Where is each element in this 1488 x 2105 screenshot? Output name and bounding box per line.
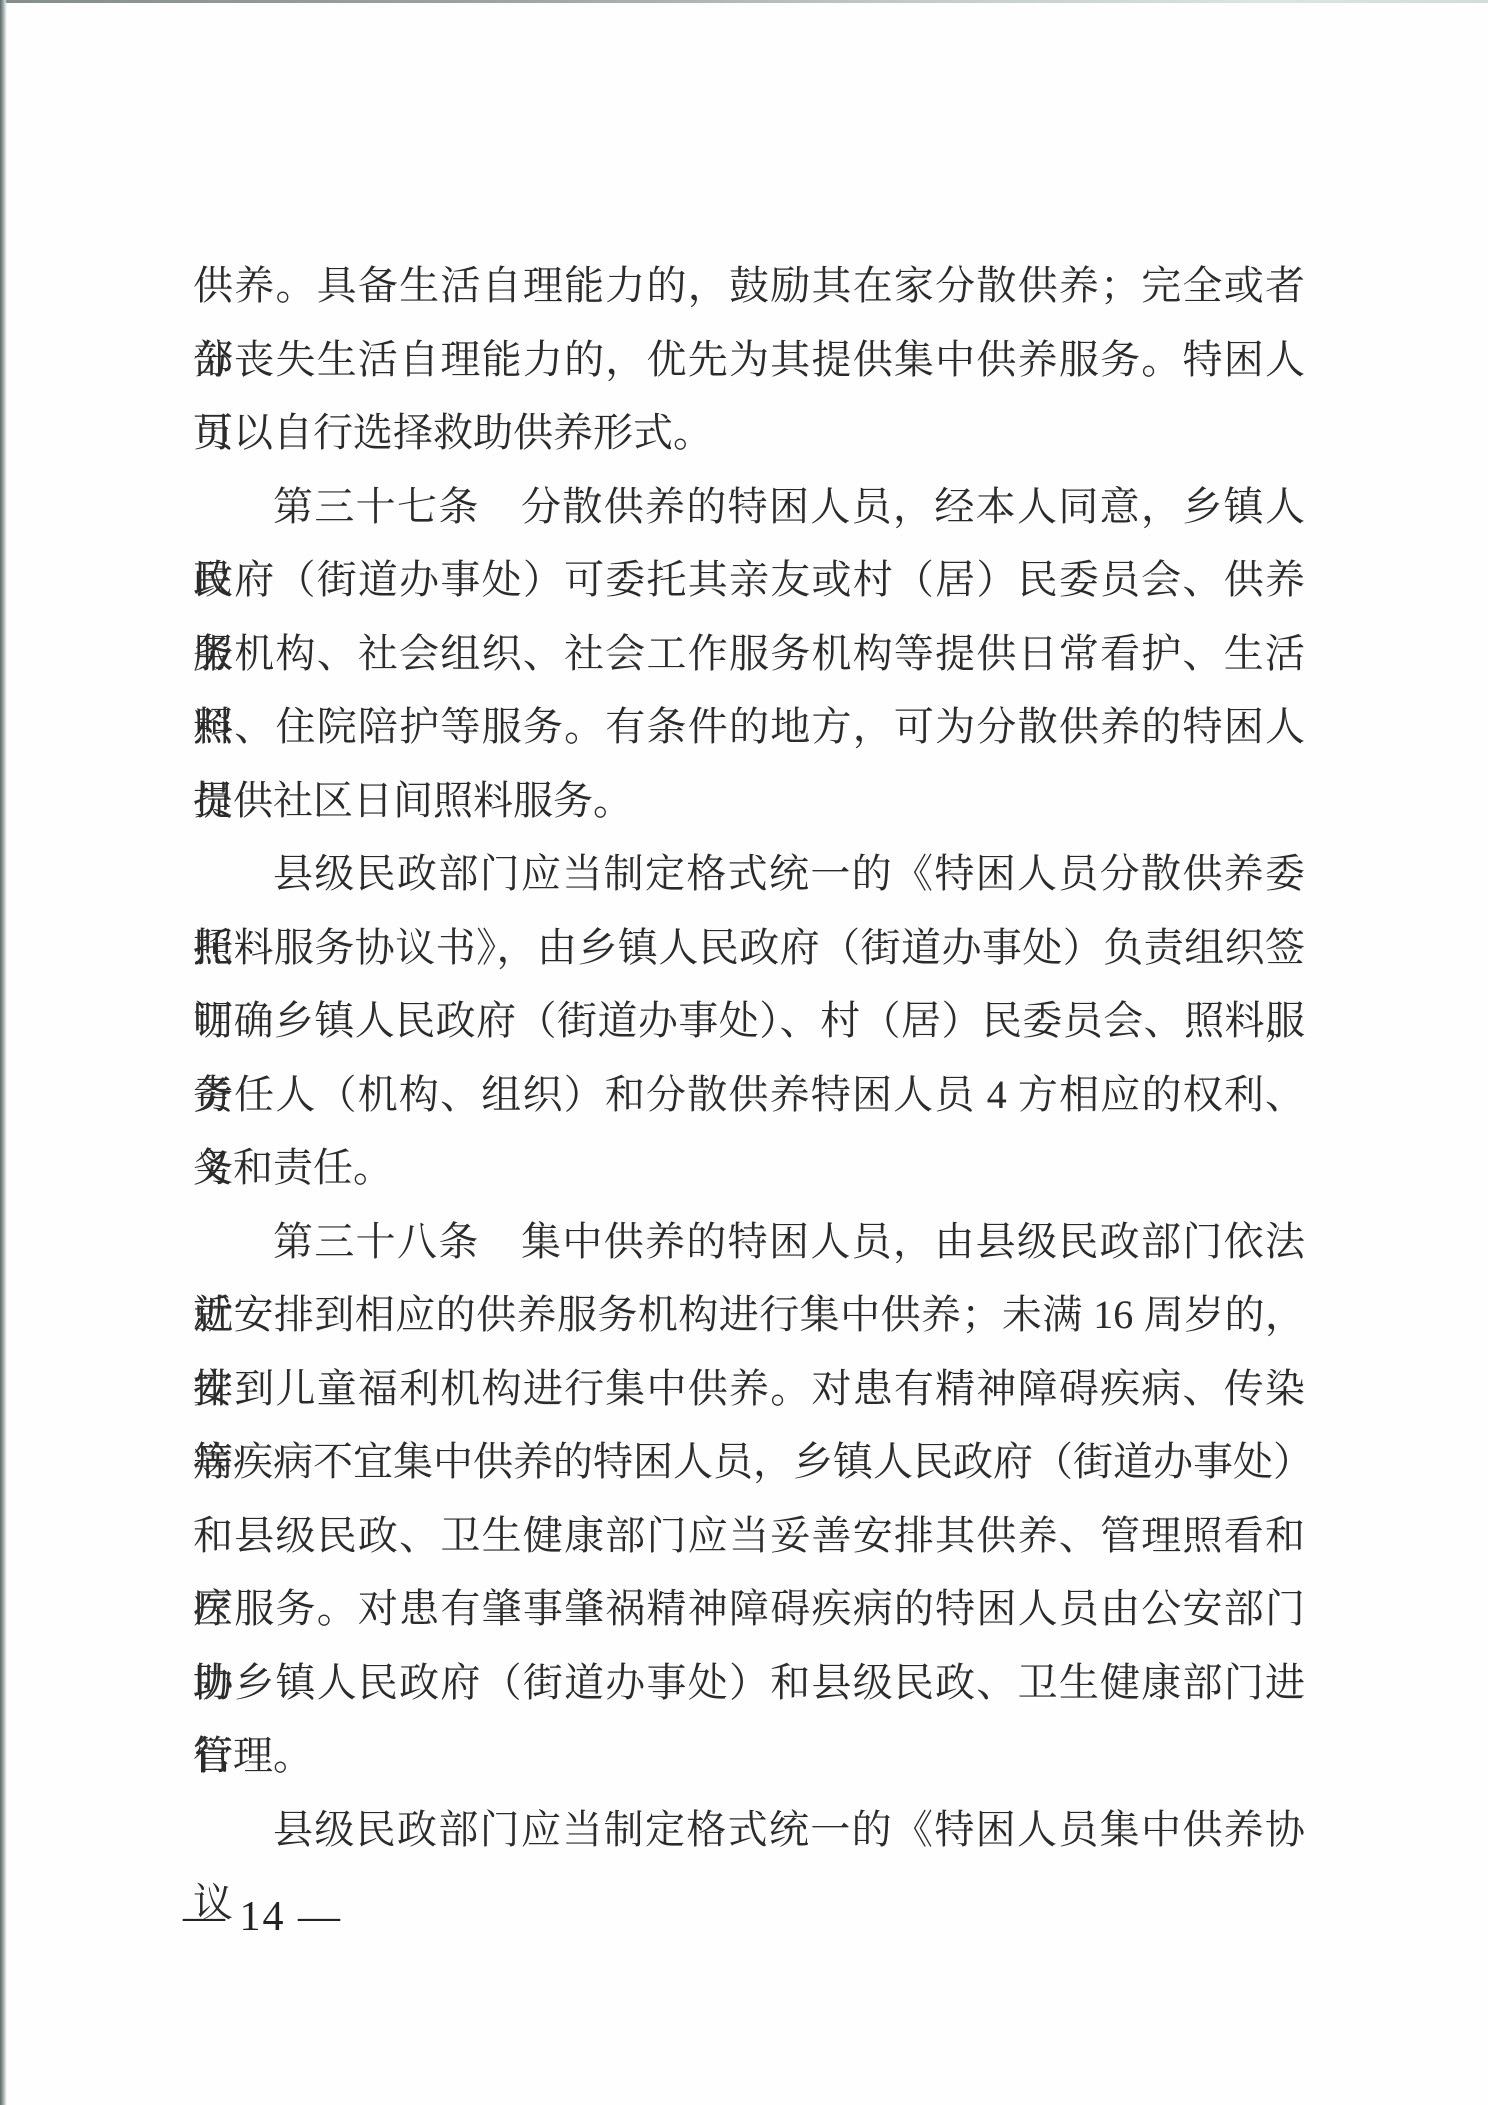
document-body: 供养。具备生活自理能力的，鼓励其在家分散供养；完全或者部 分丧失生活自理能力的，…	[193, 249, 1305, 1866]
text-line: 照料服务协议书》，由乡镇人民政府（街道办事处）负责组织签订，	[193, 911, 1305, 985]
text-line: 排到儿童福利机构进行集中供养。对患有精神障碍疾病、传染病	[193, 1352, 1305, 1426]
text-line-article-38: 第三十八条 集中供养的特困人员，由县级民政部门依法就	[193, 1205, 1305, 1279]
page-number: — 14 —	[183, 1893, 342, 1941]
text-line-article-37: 第三十七条 分散供养的特困人员，经本人同意，乡镇人民	[193, 470, 1305, 544]
text-line: 管理。	[193, 1719, 1305, 1793]
text-line: 和县级民政、卫生健康部门应当妥善安排其供养、管理照看和医	[193, 1499, 1305, 1573]
text-line: 务和责任。	[193, 1131, 1305, 1205]
text-line: 疗服务。对患有肇事肇祸精神障碍疾病的特困人员由公安部门协	[193, 1572, 1305, 1646]
text-line: 可以自行选择救助供养形式。	[193, 396, 1305, 470]
text-line: 明确乡镇人民政府（街道办事处）、村（居）民委员会、照料服务	[193, 984, 1305, 1058]
text-line: 等疾病不宜集中供养的特困人员，乡镇人民政府（街道办事处）	[193, 1425, 1305, 1499]
scan-left-edge-artifact	[0, 0, 7, 2105]
text-line: 近安排到相应的供养服务机构进行集中供养；未满 16 周岁的，安	[193, 1278, 1305, 1352]
text-line: 供养。具备生活自理能力的，鼓励其在家分散供养；完全或者部	[193, 249, 1305, 323]
text-line: 政府（街道办事处）可委托其亲友或村（居）民委员会、供养服	[193, 543, 1305, 617]
text-line: 责任人（机构、组织）和分散供养特困人员 4 方相应的权利、义	[193, 1058, 1305, 1132]
text-line: 务机构、社会组织、社会工作服务机构等提供日常看护、生活照	[193, 617, 1305, 691]
text-line: 提供社区日间照料服务。	[193, 764, 1305, 838]
text-line: 县级民政部门应当制定格式统一的《特困人员分散供养委托	[193, 837, 1305, 911]
text-line: 助乡镇人民政府（街道办事处）和县级民政、卫生健康部门进行	[193, 1646, 1305, 1720]
text-line: 分丧失生活自理能力的，优先为其提供集中供养服务。特困人员	[193, 323, 1305, 397]
text-line: 县级民政部门应当制定格式统一的《特困人员集中供养协议	[193, 1793, 1305, 1867]
scan-top-edge-artifact	[0, 0, 1488, 3]
text-line: 料、住院陪护等服务。有条件的地方，可为分散供养的特困人员	[193, 690, 1305, 764]
